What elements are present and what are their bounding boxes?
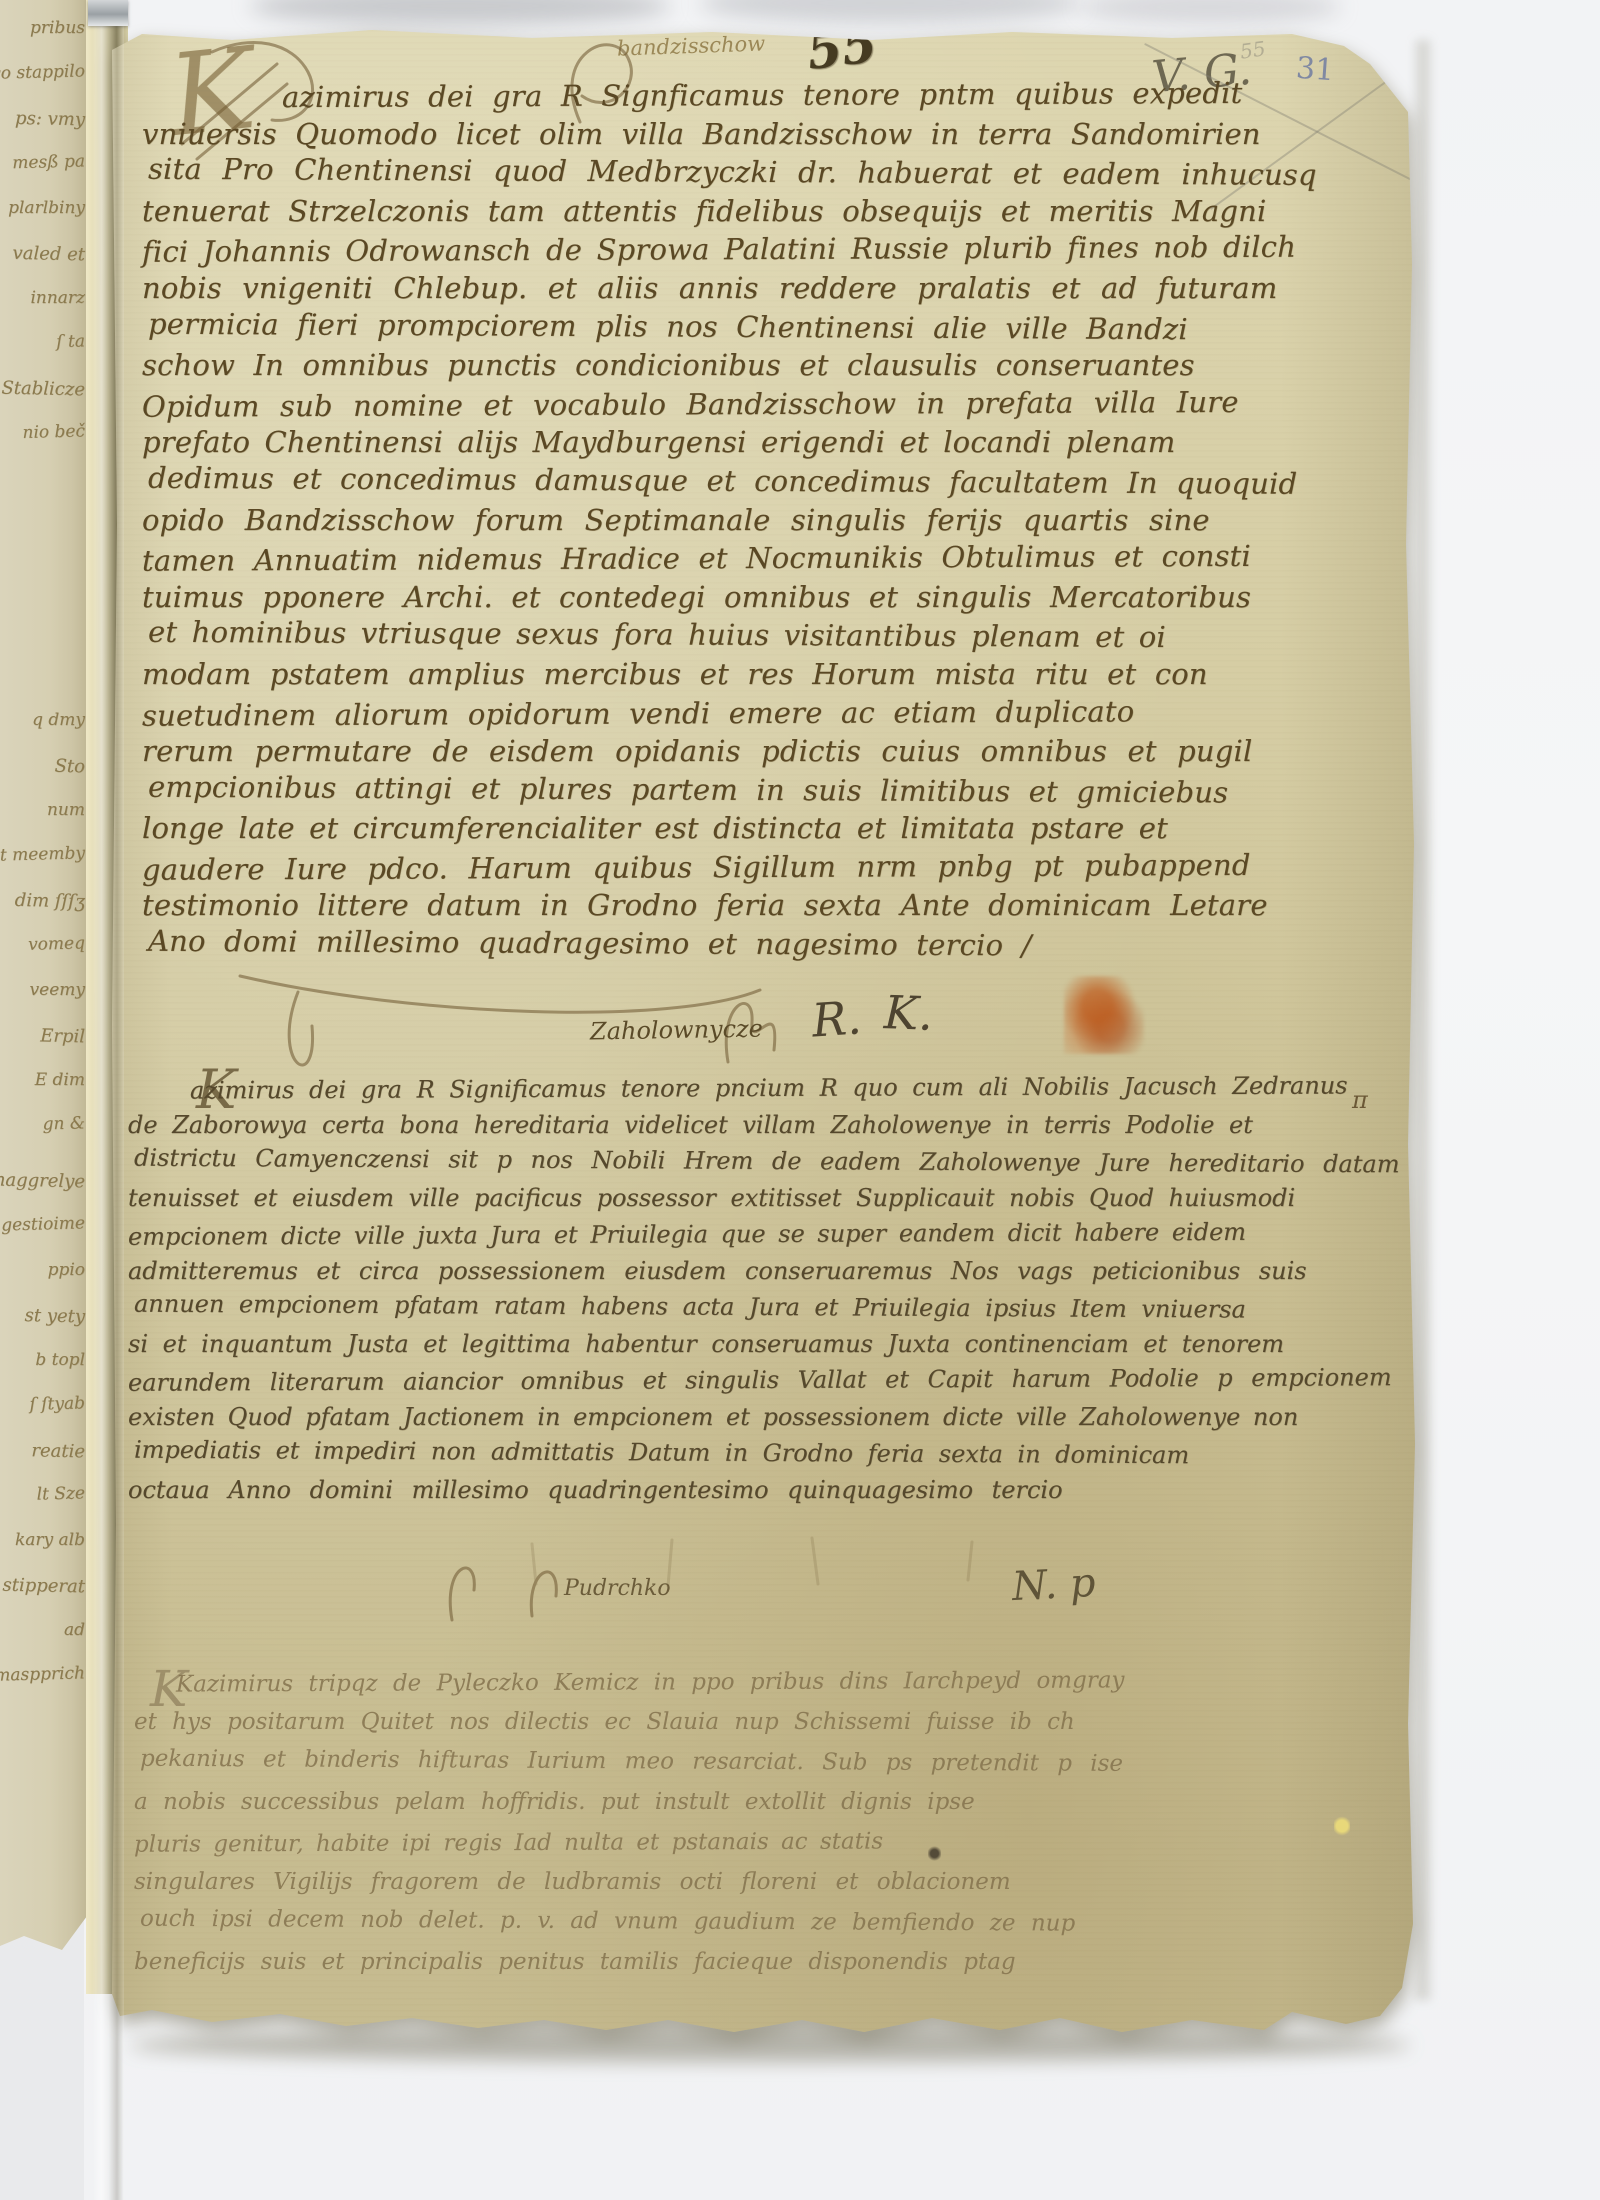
manuscript-line: ouch ipsi decem nob delet. p. v. ad vnum… [140,1899,1402,1946]
marginal-note-fragment: Erpil [0,1012,90,1060]
marginal-note-fragment: q dmy [0,698,90,743]
manuscript-line: a nobis successibus pelam hoffridis. put… [134,1782,1396,1822]
marginal-note-fragment: lt Sze [0,1471,90,1520]
marginal-note-fragment: maggrelye [0,1157,90,1205]
marginal-note-fragment: maspprich [0,1651,90,1700]
manuscript-line: earundem literarum aiancior omnibus et s… [128,1359,1410,1401]
facing-page-edge: pribusco stappilops: vmymesß paplarlbiny… [0,0,90,1952]
manuscript-line: singulares Vigilijs fragorem de ludbrami… [134,1862,1396,1902]
marginal-note-fragment: stipperat [0,1562,90,1610]
yellow-spot [1334,1816,1350,1836]
marginal-note-fragment: veemy [0,968,90,1013]
entry1-end-swash [240,976,760,1012]
marginal-note-fragment: mesß pa [0,139,90,188]
manuscript-line: impediatis et impediri non admittatis Da… [134,1432,1416,1475]
marginal-note-fragment: num [0,788,90,833]
entry3-heading: Pudrchko [564,1576,671,1601]
red-wax-stain [1064,976,1144,1054]
marginal-note-fragment: st yety [0,1292,90,1340]
manuscript-line: empcionem dicte ville juxta Jura et Priu… [128,1213,1410,1255]
manuscript-line: sita Pro Chentinensi quod Medbrzyczki dr… [148,150,1403,195]
manuscript-line: admitteremus et circa possessionem eiusd… [128,1253,1410,1290]
manuscript-line: gaudere Iure pdco. Harum quibus Sigillum… [142,845,1397,889]
manuscript-line: testimonio littere datum in Grodno feria… [142,886,1397,925]
marginal-note-fragment: vomeq [0,921,90,970]
manuscript-line: rerum permutare de eisdem opidanis pdict… [142,732,1397,771]
marginal-note-fragment: kary alb [0,1518,90,1563]
manuscript-line: fici Johannis Odrowansch de Sprowa Palat… [142,228,1397,272]
manuscript-line: existen Quod pfatam Jactionem in empcion… [128,1399,1410,1436]
manuscript-line: tamen Annuatim nidemus Hradice et Nocmun… [142,536,1397,580]
manuscript-line: et hominibus vtriusque sexus fora huius … [148,613,1403,658]
entry3-side-mark: N. p [1011,1560,1097,1610]
manuscript-line: annuen empcionem pfatam ratam habens act… [134,1286,1416,1329]
charter-entry-zaholownycze: azimirus dei gra R Significamus tenore p… [128,1070,1410,1508]
manuscript-line: pekanius et binderis hifturas Iurium meo… [140,1739,1402,1786]
marginal-note-fragment: reatie [0,1427,90,1475]
manuscript-line: azimirus dei gra R Significamus tenore p… [128,1067,1410,1109]
manuscript-line: octaua Anno domini millesimo quadringent… [128,1472,1410,1509]
manuscript-line: pluris genitur, habite ipi regis Iad nul… [134,1819,1396,1865]
marginal-note-fragment: gestioime [0,1201,90,1250]
manuscript-line: suetudinem aliorum opidorum vendi emere … [142,691,1397,735]
marginal-note-fragment: ſ ta [0,319,90,368]
manuscript-line: empcionibus attingi et plures partem in … [148,767,1403,812]
marginal-note-fragment: pribus [0,6,90,51]
manuscript-line: de Zaborowya certa bona hereditaria vide… [128,1107,1410,1144]
marginal-note-fragment: ſ ſtyab [0,1381,90,1430]
manuscript-line: Opidum sub nomine et vocabulo Bandzissch… [142,382,1397,426]
ink-fleck [928,1846,941,1861]
manuscript-line: nobis vnigeniti Chlebup. et aliis annis … [142,269,1397,308]
manuscript-line: Kazimirus tripqz de Pyleczko Kemicz in p… [134,1659,1396,1705]
marginal-note-fragment: E dim [0,1058,90,1103]
manuscript-line: districtu Camyenczensi sit p nos Nobili … [134,1140,1416,1183]
entry2-side-letter-k: K. [883,985,934,1041]
manuscript-line: tenuerat Strzelczonis tam attentis fidel… [142,192,1397,231]
glass-hold-down-rod [92,0,124,2200]
marginal-note-fragment: ad [0,1608,90,1653]
parchment-page: bandzisschow 55 V. G. 55 31 K [112,24,1420,2036]
manuscript-line: opido Bandzisschow forum Septimanale sin… [142,501,1397,540]
rod-metal-cap [88,0,128,26]
manuscript-line: longe late et circumferencialiter est di… [142,809,1397,848]
entry2-side-letter-r: R. [810,990,863,1047]
manuscript-line: prefato Chentinensi alijs Maydburgensi e… [142,423,1397,462]
entry2-heading: Zaholownycze [590,1014,763,1045]
manuscript-line: vniuersis Quomodo licet olim villa Bandz… [142,115,1397,154]
marginal-note-fragment: plarlbiny [0,186,90,231]
marginal-note-fragment: lt meemby [0,831,90,880]
manuscript-line: schow In omnibus punctis condicionibus e… [142,346,1397,385]
marginal-note-fragment: innarz [0,276,90,321]
marginal-note-fragment: Sto [0,742,90,790]
marginal-note-fragment: nio beč [0,409,90,458]
parchment-page-wrap: bandzisschow 55 V. G. 55 31 K [112,24,1420,2036]
marginal-note-fragment: ps: vmy [0,95,90,143]
manuscript-line: modam pstatem amplius mercibus et res Ho… [142,655,1397,694]
entry1-end-curl [289,992,312,1065]
manuscript-line: Ano domi millesimo quadragesimo et nages… [148,922,1403,967]
manuscript-line: dedimus et concedimus damusque et conced… [148,459,1403,504]
marginal-note-fragment: gn & [0,1101,90,1150]
charter-entry-bandzisschow: azimirus dei gra R Signficamus tenore pn… [142,76,1397,964]
manuscript-scan: pribusco stappilops: vmymesß paplarlbiny… [0,0,1600,2200]
manuscript-line: tuimus pponere Archi. et contedegi omnib… [142,578,1397,617]
manuscript-line: si et inquantum Justa et legittima haben… [128,1326,1410,1363]
marginal-note-fragment: dim ſſſʒ [0,877,90,925]
manuscript-line: azimirus dei gra R Signficamus tenore pn… [142,73,1397,117]
marginal-note-fragment: co stappilo [0,49,90,98]
marginal-note-fragment: ppio [0,1248,90,1293]
manuscript-line: et hys positarum Quitet nos dilectis ec … [134,1702,1396,1742]
charter-entry-pudrchko: Kazimirus tripqz de Pyleczko Kemicz in p… [134,1662,1396,1982]
marginal-note-fragment: valed et [0,230,90,278]
entry3-pre-flourish [450,1568,556,1620]
manuscript-line: tenuisset et eiusdem ville pacificus pos… [128,1180,1410,1217]
manuscript-line: permicia fieri prompciorem plis nos Chen… [148,304,1403,349]
marginal-note-fragment: b topl [0,1338,90,1383]
manuscript-line: beneficijs suis et principalis penitus t… [134,1942,1396,1982]
marginal-note-fragment: Stablicze [0,365,90,413]
marginalia-column: pribusco stappilops: vmymesß paplarlbiny… [0,6,90,1698]
